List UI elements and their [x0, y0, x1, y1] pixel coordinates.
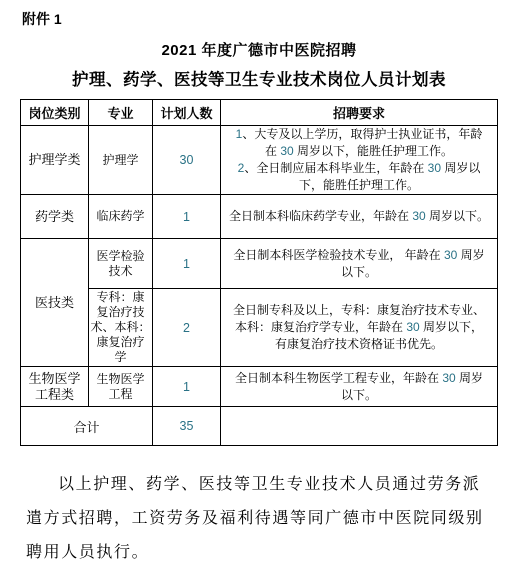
table-row-biomed: 生物医学 工程类 生物医学 工程 1 全日制本科生物医学工程专业，年龄在 30 …	[21, 367, 498, 407]
table-header-row: 岗位类别 专业 计划人数 招聘要求	[21, 100, 498, 126]
footer-paragraph: 以上护理、药学、医技等卫生专业技术人员通过劳务派 遣方式招聘，工资劳务及福利待遇…	[26, 468, 492, 563]
requirement-cell-biomed: 全日制本科生物医学工程专业，年龄在 30 周岁 以下。	[221, 367, 498, 407]
table-row-rehab: 专科：康 复治疗技 术、本科： 康复治疗 学 2 全日制专科及以上，专科：康复治…	[21, 289, 498, 367]
category-cell-nursing: 护理学类	[21, 126, 89, 195]
count-cell-lab-tech: 1	[153, 239, 221, 289]
count-cell-nursing: 30	[153, 126, 221, 195]
major-cell-rehab: 专科：康 复治疗技 术、本科： 康复治疗 学	[89, 289, 153, 367]
column-header-category: 岗位类别	[21, 100, 89, 126]
column-header-requirements: 招聘要求	[221, 100, 498, 126]
requirement-cell-nursing: 1、大专及以上学历，取得护士执业证书，年龄 在 30 周岁以下，能胜任护理工作。…	[221, 126, 498, 195]
total-label-cell: 合计	[21, 407, 153, 446]
table-row-nursing: 护理学类 护理学 30 1、大专及以上学历，取得护士执业证书，年龄 在 30 周…	[21, 126, 498, 195]
attachment-label: 附件 1	[0, 0, 518, 29]
column-header-count: 计划人数	[153, 100, 221, 126]
major-cell-biomed: 生物医学 工程	[89, 367, 153, 407]
count-cell-biomed: 1	[153, 367, 221, 407]
doc-subtitle: 护理、药学、医技等卫生专业技术岗位人员计划表	[0, 66, 518, 90]
requirement-cell-rehab: 全日制专科及以上，专科：康复治疗技术专业、 本科：康复治疗学专业，年龄在 30 …	[221, 289, 498, 367]
requirement-cell-pharmacy: 全日制本科临床药学专业，年龄在 30 周岁以下。	[221, 195, 498, 239]
total-count-cell: 35	[153, 407, 221, 446]
category-cell-pharmacy: 药学类	[21, 195, 89, 239]
table-row-lab-tech: 医技类 医学检验 技术 1 全日制本科医学检验技术专业， 年龄在 30 周岁 以…	[21, 239, 498, 289]
major-cell-nursing: 护理学	[89, 126, 153, 195]
total-requirement-cell-empty	[221, 407, 498, 446]
count-cell-pharmacy: 1	[153, 195, 221, 239]
major-cell-lab-tech: 医学检验 技术	[89, 239, 153, 289]
category-cell-medtech: 医技类	[21, 239, 89, 367]
doc-title: 2021 年度广德市中医院招聘	[0, 39, 518, 60]
table-row-pharmacy: 药学类 临床药学 1 全日制本科临床药学专业，年龄在 30 周岁以下。	[21, 195, 498, 239]
document-page: 附件 1 2021 年度广德市中医院招聘 护理、药学、医技等卫生专业技术岗位人员…	[0, 0, 518, 563]
count-cell-rehab: 2	[153, 289, 221, 367]
category-cell-biomed: 生物医学 工程类	[21, 367, 89, 407]
column-header-major: 专业	[89, 100, 153, 126]
major-cell-pharmacy: 临床药学	[89, 195, 153, 239]
recruitment-plan-table: 岗位类别 专业 计划人数 招聘要求 护理学类 护理学 30 1、大专及以上学历，…	[20, 99, 498, 446]
requirement-cell-lab-tech: 全日制本科医学检验技术专业， 年龄在 30 周岁 以下。	[221, 239, 498, 289]
table-row-total: 合计 35	[21, 407, 498, 446]
